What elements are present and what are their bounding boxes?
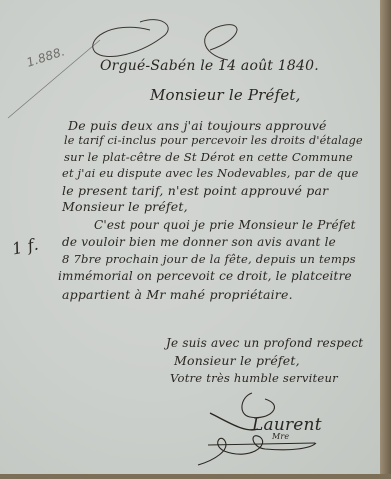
body-line-3: sur le plat-cêtre de St Dérot en cette C… [64,150,353,164]
scanner-edge-right [380,0,391,479]
body-line-6: Monsieur le préfet, [62,199,188,214]
body-line-5: le present tarif, n'est point approuvé p… [62,183,328,198]
body-line-10: immémorial on percevoit ce droit, le pla… [58,269,352,283]
closing-line-2: Monsieur le préfet, [174,353,300,368]
scanner-edge-bottom [0,474,391,479]
body-line-11: appartient à Mr mahé propriétaire. [62,287,293,302]
letter-paper: 1.888. Orgué-Sabén le 14 août 1840. Mons… [0,0,382,475]
closing-line-3: Votre très humble serviteur [170,371,338,385]
body-line-2: le tarif ci-inclus pour percevoir les dr… [64,134,363,147]
body-line-7: C'est pour quoi je prie Monsieur le Préf… [94,218,356,232]
closing-line-1: Je suis avec un profond respect [166,336,363,350]
body-line-1: De puis deux ans j'ai toujours approuvé [68,118,327,133]
place-and-date: Orgué-Sabén le 14 août 1840. [100,58,319,74]
margin-mark: 1 f. [10,234,40,258]
body-line-4: et j'ai eu dispute avec les Nodevables, … [62,166,359,180]
signature-flourish [190,405,330,475]
salutation: Monsieur le Préfet, [150,86,301,104]
body-line-9: 8 7bre prochain jour de la fête, depuis … [62,252,356,266]
body-line-8: de vouloir bien me donner son avis avant… [62,235,336,249]
